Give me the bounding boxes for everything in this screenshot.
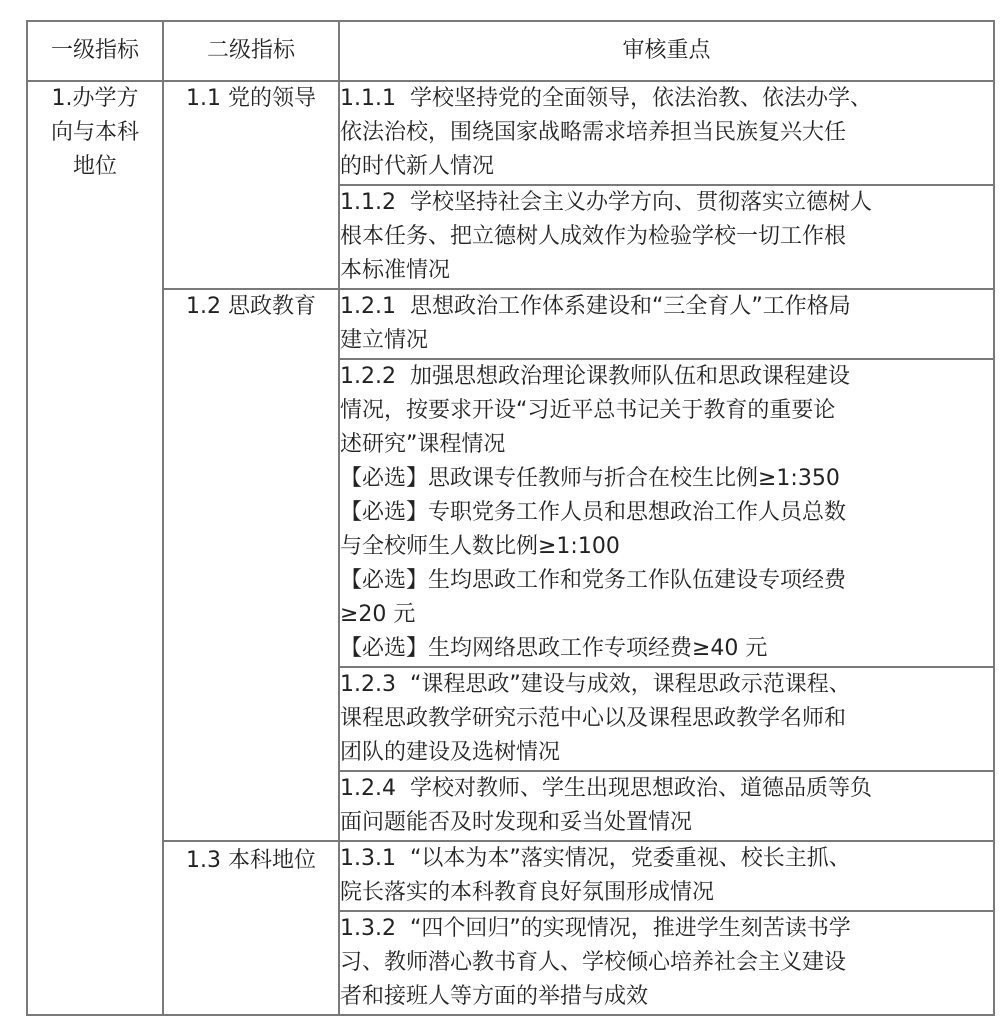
required-item-line: 【必选】生均网络思政工作专项经费≥40 元 — [340, 632, 993, 666]
text-line: 本标准情况 — [340, 254, 993, 288]
text-line: 习、教师潜心教书育人、学校倾心培养社会主义建设 — [340, 946, 993, 980]
header-level1-indicator: 一级指标 — [27, 21, 163, 81]
text-line: 1.2.3 “课程思政”建设与成效，课程思政示范课程、 — [340, 668, 993, 702]
text-line: 面问题能否及时发现和妥当处置情况 — [340, 806, 993, 840]
text-line: 的时代新人情况 — [340, 150, 993, 184]
level1-label-line: 地位 — [28, 150, 162, 184]
text-line: 1.2.4 学校对教师、学生出现思想政治、道德品质等负 — [340, 772, 993, 806]
level2-indicator-party-leadership: 1.1 党的领导 — [163, 81, 339, 289]
header-level2-indicator: 二级指标 — [163, 21, 339, 81]
level2-indicator-undergraduate-status: 1.3 本科地位 — [163, 841, 339, 1015]
review-point-1-3-2: 1.3.2 “四个回归”的实现情况，推进学生刻苦读书学 习、教师潜心教书育人、学… — [339, 911, 994, 1015]
review-point-1-2-2: 1.2.2 加强思想政治理论课教师队伍和思政课程建设 情况，按要求开设“习近平总… — [339, 359, 994, 667]
required-item-line: 【必选】生均思政工作和党务工作队伍建设专项经费 — [340, 564, 993, 598]
text-line: 者和接班人等方面的举措与成效 — [340, 980, 993, 1014]
required-item-line: 与全校师生人数比例≥1:100 — [340, 530, 993, 564]
required-item-line: ≥20 元 — [340, 598, 993, 632]
header-review-focus: 审核重点 — [339, 21, 994, 81]
required-item-line: 【必选】思政课专任教师与折合在校生比例≥1:350 — [340, 462, 993, 496]
table-row: 1.2 思政教育 1.2.1 思想政治工作体系建设和“三全育人”工作格局 建立情… — [27, 289, 994, 359]
level2-indicator-ideological-education: 1.2 思政教育 — [163, 289, 339, 841]
level1-label-line: 1.办学方 — [28, 82, 162, 116]
review-point-1-3-1: 1.3.1 “以本为本”落实情况，党委重视、校长主抓、 院长落实的本科教育良好氛… — [339, 841, 994, 911]
text-line: 1.1.2 学校坚持社会主义办学方向、贯彻落实立德树人 — [340, 186, 993, 220]
table-row: 1.3 本科地位 1.3.1 “以本为本”落实情况，党委重视、校长主抓、 院长落… — [27, 841, 994, 911]
text-line: 述研究”课程情况 — [340, 428, 993, 462]
table-row: 1.办学方 向与本科 地位 1.1 党的领导 1.1.1 学校坚持党的全面领导，… — [27, 81, 994, 185]
review-point-1-1-1: 1.1.1 学校坚持党的全面领导，依法治教、依法办学、 依法治校，围绕国家战略需… — [339, 81, 994, 185]
review-point-1-2-4: 1.2.4 学校对教师、学生出现思想政治、道德品质等负 面问题能否及时发现和妥当… — [339, 771, 994, 841]
text-line: 1.1.1 学校坚持党的全面领导，依法治教、依法办学、 — [340, 82, 993, 116]
text-line: 1.3.2 “四个回归”的实现情况，推进学生刻苦读书学 — [340, 912, 993, 946]
review-point-1-2-1: 1.2.1 思想政治工作体系建设和“三全育人”工作格局 建立情况 — [339, 289, 994, 359]
required-item-line: 【必选】专职党务工作人员和思想政治工作人员总数 — [340, 496, 993, 530]
text-line: 1.2.2 加强思想政治理论课教师队伍和思政课程建设 — [340, 360, 993, 394]
text-line: 课程思政教学研究示范中心以及课程思政教学名师和 — [340, 702, 993, 736]
text-line: 1.2.1 思想政治工作体系建设和“三全育人”工作格局 — [340, 290, 993, 324]
table-header-row: 一级指标 二级指标 审核重点 — [27, 21, 994, 81]
review-point-1-1-2: 1.1.2 学校坚持社会主义办学方向、贯彻落实立德树人 根本任务、把立德树人成效… — [339, 185, 994, 289]
text-line: 团队的建设及选树情况 — [340, 736, 993, 770]
text-line: 1.3.1 “以本为本”落实情况，党委重视、校长主抓、 — [340, 842, 993, 876]
review-criteria-table: 一级指标 二级指标 审核重点 1.办学方 向与本科 地位 1.1 党的领导 1.… — [26, 20, 995, 1016]
text-line: 院长落实的本科教育良好氛围形成情况 — [340, 876, 993, 910]
level1-label-line: 向与本科 — [28, 116, 162, 150]
level1-indicator-cell: 1.办学方 向与本科 地位 — [27, 81, 163, 1015]
text-line: 依法治校，围绕国家战略需求培养担当民族复兴大任 — [340, 116, 993, 150]
text-line: 建立情况 — [340, 324, 993, 358]
text-line: 情况，按要求开设“习近平总书记关于教育的重要论 — [340, 394, 993, 428]
text-line: 根本任务、把立德树人成效作为检验学校一切工作根 — [340, 220, 993, 254]
review-point-1-2-3: 1.2.3 “课程思政”建设与成效，课程思政示范课程、 课程思政教学研究示范中心… — [339, 667, 994, 771]
